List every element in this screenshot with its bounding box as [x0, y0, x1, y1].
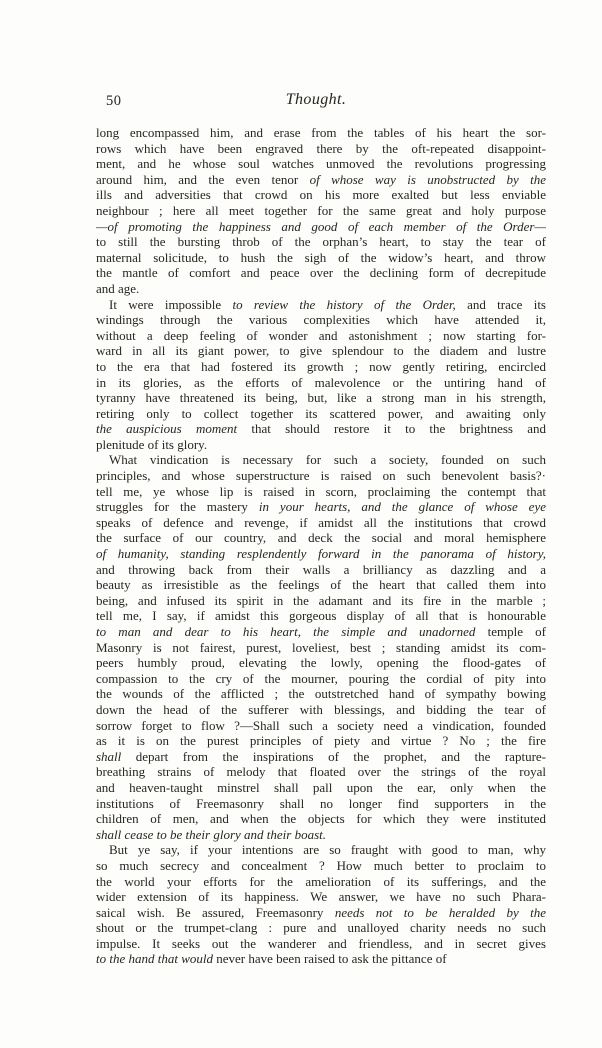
text-segment: wider extension of its happiness. We ans… [96, 889, 546, 904]
text-segment: temple of [475, 624, 546, 639]
text-line: to still the bursting throb of the orpha… [96, 234, 546, 250]
text-line: rows which have been engraved there by t… [96, 141, 546, 157]
text-line: and heaven-taught minstrel shall pall up… [96, 780, 546, 796]
text-segment: as it is on the purest principles of pie… [96, 733, 546, 748]
text-segment: and throwing back from their walls a bri… [96, 562, 546, 577]
text-line: shall depart from the inspirations of th… [96, 749, 546, 765]
text-line: of humanity, standing resplendently forw… [96, 546, 546, 562]
text-segment: What vindication is necessary for such a… [109, 452, 546, 467]
text-segment: tyranny have threatened its being, but, … [96, 390, 546, 405]
text-segment: to the hand that would [96, 951, 213, 966]
text-line: to man and dear to his heart, the simple… [96, 624, 546, 640]
text-line: principles, and whose superstructure is … [96, 468, 546, 484]
paragraph: But ye say, if your intentions are so fr… [96, 842, 546, 967]
text-segment: ills and adversities that crowd on his m… [96, 187, 546, 202]
text-segment: It were impossible [109, 297, 232, 312]
text-segment: shout or the trumpet-clang : pure and un… [96, 920, 546, 935]
text-line: Masonry is not fairest, purest, lovelies… [96, 640, 546, 656]
text-line: sorrow forget to flow ?—Shall such a soc… [96, 718, 546, 734]
text-segment: that should restore it to the brightness… [237, 421, 546, 436]
text-segment: speaks of defence and revenge, if amidst… [96, 515, 546, 530]
text-block: long encompassed him, and erase from the… [96, 125, 546, 967]
text-line: shout or the trumpet-clang : pure and un… [96, 920, 546, 936]
paragraph: long encompassed him, and erase from the… [96, 125, 546, 297]
text-segment: breathing strains of melody that floated… [96, 764, 546, 779]
text-line: the world your efforts for the ameliorat… [96, 874, 546, 890]
text-segment: in your hearts, and the glance of whose … [259, 499, 546, 514]
paragraph: What vindication is necessary for such a… [96, 452, 546, 842]
text-segment: rows which have been engraved there by t… [96, 141, 546, 156]
text-line: around him, and the even tenor of whose … [96, 172, 546, 188]
text-segment: ward in all its giant power, to give spl… [96, 343, 546, 358]
text-line: breathing strains of melody that floated… [96, 764, 546, 780]
text-segment: needs not to be heralded by the [335, 905, 546, 920]
text-segment: shall [96, 749, 121, 764]
text-line: What vindication is necessary for such a… [96, 452, 546, 468]
text-line: being, and infused its spirit in the ada… [96, 593, 546, 609]
text-segment: to the era that had fostered its growth … [96, 359, 546, 374]
text-segment: down the head of the sufferer with bless… [96, 702, 546, 717]
page-header: 50 Thought. [96, 91, 546, 113]
text-segment: to still the bursting throb of the orpha… [96, 234, 546, 249]
text-segment: and trace its [456, 297, 546, 312]
text-line: shall cease to be their glory and their … [96, 827, 546, 843]
text-segment: shall cease to be their glory and their … [96, 827, 326, 842]
text-segment: But ye say, if your intentions are so fr… [109, 842, 546, 857]
text-line: so much secrecy and concealment ? How mu… [96, 858, 546, 874]
text-line: to the hand that would never have been r… [96, 951, 546, 967]
text-line: beauty as irresistible as the feelings o… [96, 577, 546, 593]
text-line: ills and adversities that crowd on his m… [96, 187, 546, 203]
text-line: —of promoting the happiness and good of … [96, 219, 546, 235]
text-line: children of men, and when the objects fo… [96, 811, 546, 827]
text-line: to the era that had fostered its growth … [96, 359, 546, 375]
text-line: speaks of defence and revenge, if amidst… [96, 515, 546, 531]
text-line: plenitude of its glory. [96, 437, 546, 453]
text-segment: plenitude of its glory. [96, 437, 207, 452]
text-segment: impulse. It seeks out the wanderer and f… [96, 936, 546, 951]
text-segment: of whose way is unobstructed by the [310, 172, 546, 187]
text-line: peers humbly proud, elevating the lowly,… [96, 655, 546, 671]
text-segment: long encompassed him, and erase from the… [96, 125, 546, 140]
text-line: ment, and he whose soul watches unmoved … [96, 156, 546, 172]
text-line: the surface of our country, and deck the… [96, 530, 546, 546]
text-segment: being, and infused its spirit in the ada… [96, 593, 546, 608]
text-line: without a deep feeling of wonder and ast… [96, 328, 546, 344]
text-segment: compassion to the cry of the mourner, po… [96, 671, 546, 686]
text-segment: beauty as irresistible as the feelings o… [96, 577, 546, 592]
text-segment: —of promoting the happiness and good of … [96, 219, 546, 234]
text-segment: ment, and he whose soul watches unmoved … [96, 156, 546, 171]
text-line: maternal solicitude, to hush the sigh of… [96, 250, 546, 266]
text-segment: struggles for the mastery [96, 499, 259, 514]
text-line: tell me, ye whose lip is raised in scorn… [96, 484, 546, 500]
text-line: the mantle of comfort and peace over the… [96, 265, 546, 281]
text-line: tell me, I say, if amidst this gorgeous … [96, 608, 546, 624]
text-segment: the auspicious moment [96, 421, 237, 436]
text-line: neighbour ; here all meet together for t… [96, 203, 546, 219]
text-line: the auspicious moment that should restor… [96, 421, 546, 437]
text-line: institutions of Freemasonry shall no lon… [96, 796, 546, 812]
text-line: and throwing back from their walls a bri… [96, 562, 546, 578]
text-segment: retiring only to collect together its sc… [96, 406, 546, 421]
text-segment: depart from the inspirations of the prop… [121, 749, 546, 764]
running-title: Thought. [96, 91, 536, 109]
text-segment: and heaven-taught minstrel shall pall up… [96, 780, 546, 795]
text-line: tyranny have threatened its being, but, … [96, 390, 546, 406]
text-segment: sorrow forget to flow ?—Shall such a soc… [96, 718, 546, 733]
book-page: 50 Thought. long encompassed him, and er… [0, 0, 602, 1048]
text-segment: and age. [96, 281, 139, 296]
text-segment: principles, and whose superstructure is … [96, 468, 546, 483]
text-segment: to man and dear to his heart, the simple… [96, 624, 475, 639]
text-line: the wounds of the afflicted ; the outstr… [96, 686, 546, 702]
text-segment: the wounds of the afflicted ; the outstr… [96, 686, 546, 701]
text-line: wider extension of its happiness. We ans… [96, 889, 546, 905]
text-line: long encompassed him, and erase from the… [96, 125, 546, 141]
text-segment: windings through the various complexitie… [96, 312, 546, 327]
text-line: compassion to the cry of the mourner, po… [96, 671, 546, 687]
text-segment: maternal solicitude, to hush the sigh of… [96, 250, 546, 265]
text-line: struggles for the mastery in your hearts… [96, 499, 546, 515]
text-segment: so much secrecy and concealment ? How mu… [96, 858, 546, 873]
text-segment: peers humbly proud, elevating the lowly,… [96, 655, 546, 670]
text-segment: to review the history of the Order, [232, 297, 455, 312]
text-line: It were impossible to review the history… [96, 297, 546, 313]
text-segment: the mantle of comfort and peace over the… [96, 265, 546, 280]
text-segment: without a deep feeling of wonder and ast… [96, 328, 546, 343]
text-line: impulse. It seeks out the wanderer and f… [96, 936, 546, 952]
text-line: as it is on the purest principles of pie… [96, 733, 546, 749]
text-line: windings through the various complexitie… [96, 312, 546, 328]
text-segment: around him, and the even tenor [96, 172, 310, 187]
text-segment: tell me, ye whose lip is raised in scorn… [96, 484, 546, 499]
text-line: ward in all its giant power, to give spl… [96, 343, 546, 359]
text-segment: institutions of Freemasonry shall no lon… [96, 796, 546, 811]
text-segment: tell me, I say, if amidst this gorgeous … [96, 608, 546, 623]
text-segment: of humanity, standing resplendently forw… [96, 546, 546, 561]
text-line: and age. [96, 281, 546, 297]
text-segment: in its glories, as the efforts of malevo… [96, 375, 546, 390]
text-line: in its glories, as the efforts of malevo… [96, 375, 546, 391]
text-segment: never have been raised to ask the pittan… [213, 951, 447, 966]
text-segment: the surface of our country, and deck the… [96, 530, 546, 545]
text-line: down the head of the sufferer with bless… [96, 702, 546, 718]
text-segment: saical wish. Be assured, Freemasonry [96, 905, 335, 920]
text-segment: neighbour ; here all meet together for t… [96, 203, 546, 218]
text-line: retiring only to collect together its sc… [96, 406, 546, 422]
text-line: saical wish. Be assured, Freemasonry nee… [96, 905, 546, 921]
text-line: But ye say, if your intentions are so fr… [96, 842, 546, 858]
text-segment: Masonry is not fairest, purest, lovelies… [96, 640, 546, 655]
text-segment: children of men, and when the objects fo… [96, 811, 546, 826]
text-segment: the world your efforts for the ameliorat… [96, 874, 546, 889]
paragraph: It were impossible to review the history… [96, 297, 546, 453]
